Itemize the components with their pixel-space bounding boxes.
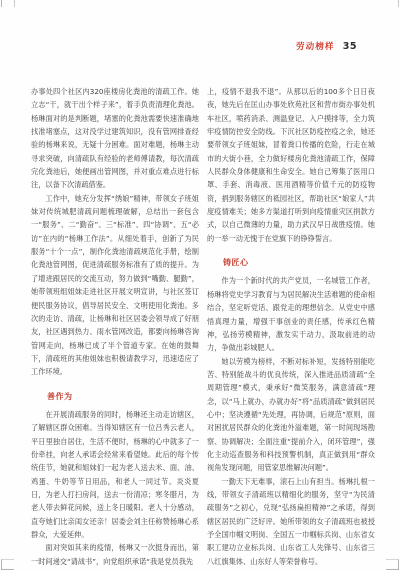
paragraph: 在开展清疏服务的同时，杨琳还主动走访辖区，了解辖区群众困难。当得知辖区有一位吕秀… xyxy=(31,408,199,541)
paragraph: 办事处四个社区内320座楼房化粪池的清疏工作。她立志“干，就干出个样子来”，着手… xyxy=(31,85,199,192)
corner-crop-mark-bottom-right xyxy=(386,559,399,570)
corner-crop-mark-top-right xyxy=(386,0,399,7)
text-column-right: 上，疫情不退我不退”。从那以后的100多个日日夜夜，她先后在匡山办事处欣苑社区和… xyxy=(207,85,375,568)
corner-crop-mark-top-left xyxy=(1,0,15,7)
section-heading: 铸匠心 xyxy=(207,256,375,269)
section-title: 劳动榜样 xyxy=(296,40,335,52)
corner-crop-mark-bottom-left xyxy=(1,559,14,570)
paragraph: 作为一个新时代的共产党员，一名城管工作者，杨琳将党史学习教育与为居民解决生活难题… xyxy=(207,274,375,354)
paragraph: 工作中，她充分发挥“绣娘”精神，带领女子班姐妹对传统城肥清疏问题梳理破解，总结出… xyxy=(31,192,199,379)
running-head: 劳动榜样 35 xyxy=(296,40,357,52)
magazine-page: 劳动榜样 35 办事处四个社区内320座楼房化粪池的清疏工作。她立志“干，就干出… xyxy=(0,0,400,571)
paragraph: 上，疫情不退我不退”。从那以后的100多个日日夜夜，她先后在匡山办事处欣苑社区和… xyxy=(207,85,375,245)
page-number: 35 xyxy=(343,41,357,52)
section-heading: 善作为 xyxy=(31,390,199,403)
paragraph: 一勤天下无难事，滚石上山有担当。杨琳扎根一线，带领女子清疏班以精细化的服务，坚守… xyxy=(207,475,375,568)
article-body: 办事处四个社区内320座楼房化粪池的清疏工作。她立志“干，就干出个样子来”，着手… xyxy=(31,85,375,568)
paragraph: 她以劳模为榜样，不断对标补短，发扬特别能吃苦、特别能战斗的优良传统，深入推进品质… xyxy=(207,355,375,475)
paragraph: 面对突如其来的疫情，杨琳又一次挺身而出，第一时间递交“请战书”，向党组织承诺“我… xyxy=(31,541,199,568)
text-column-left: 办事处四个社区内320座楼房化粪池的清疏工作。她立志“干，就干出个样子来”，着手… xyxy=(31,85,199,568)
